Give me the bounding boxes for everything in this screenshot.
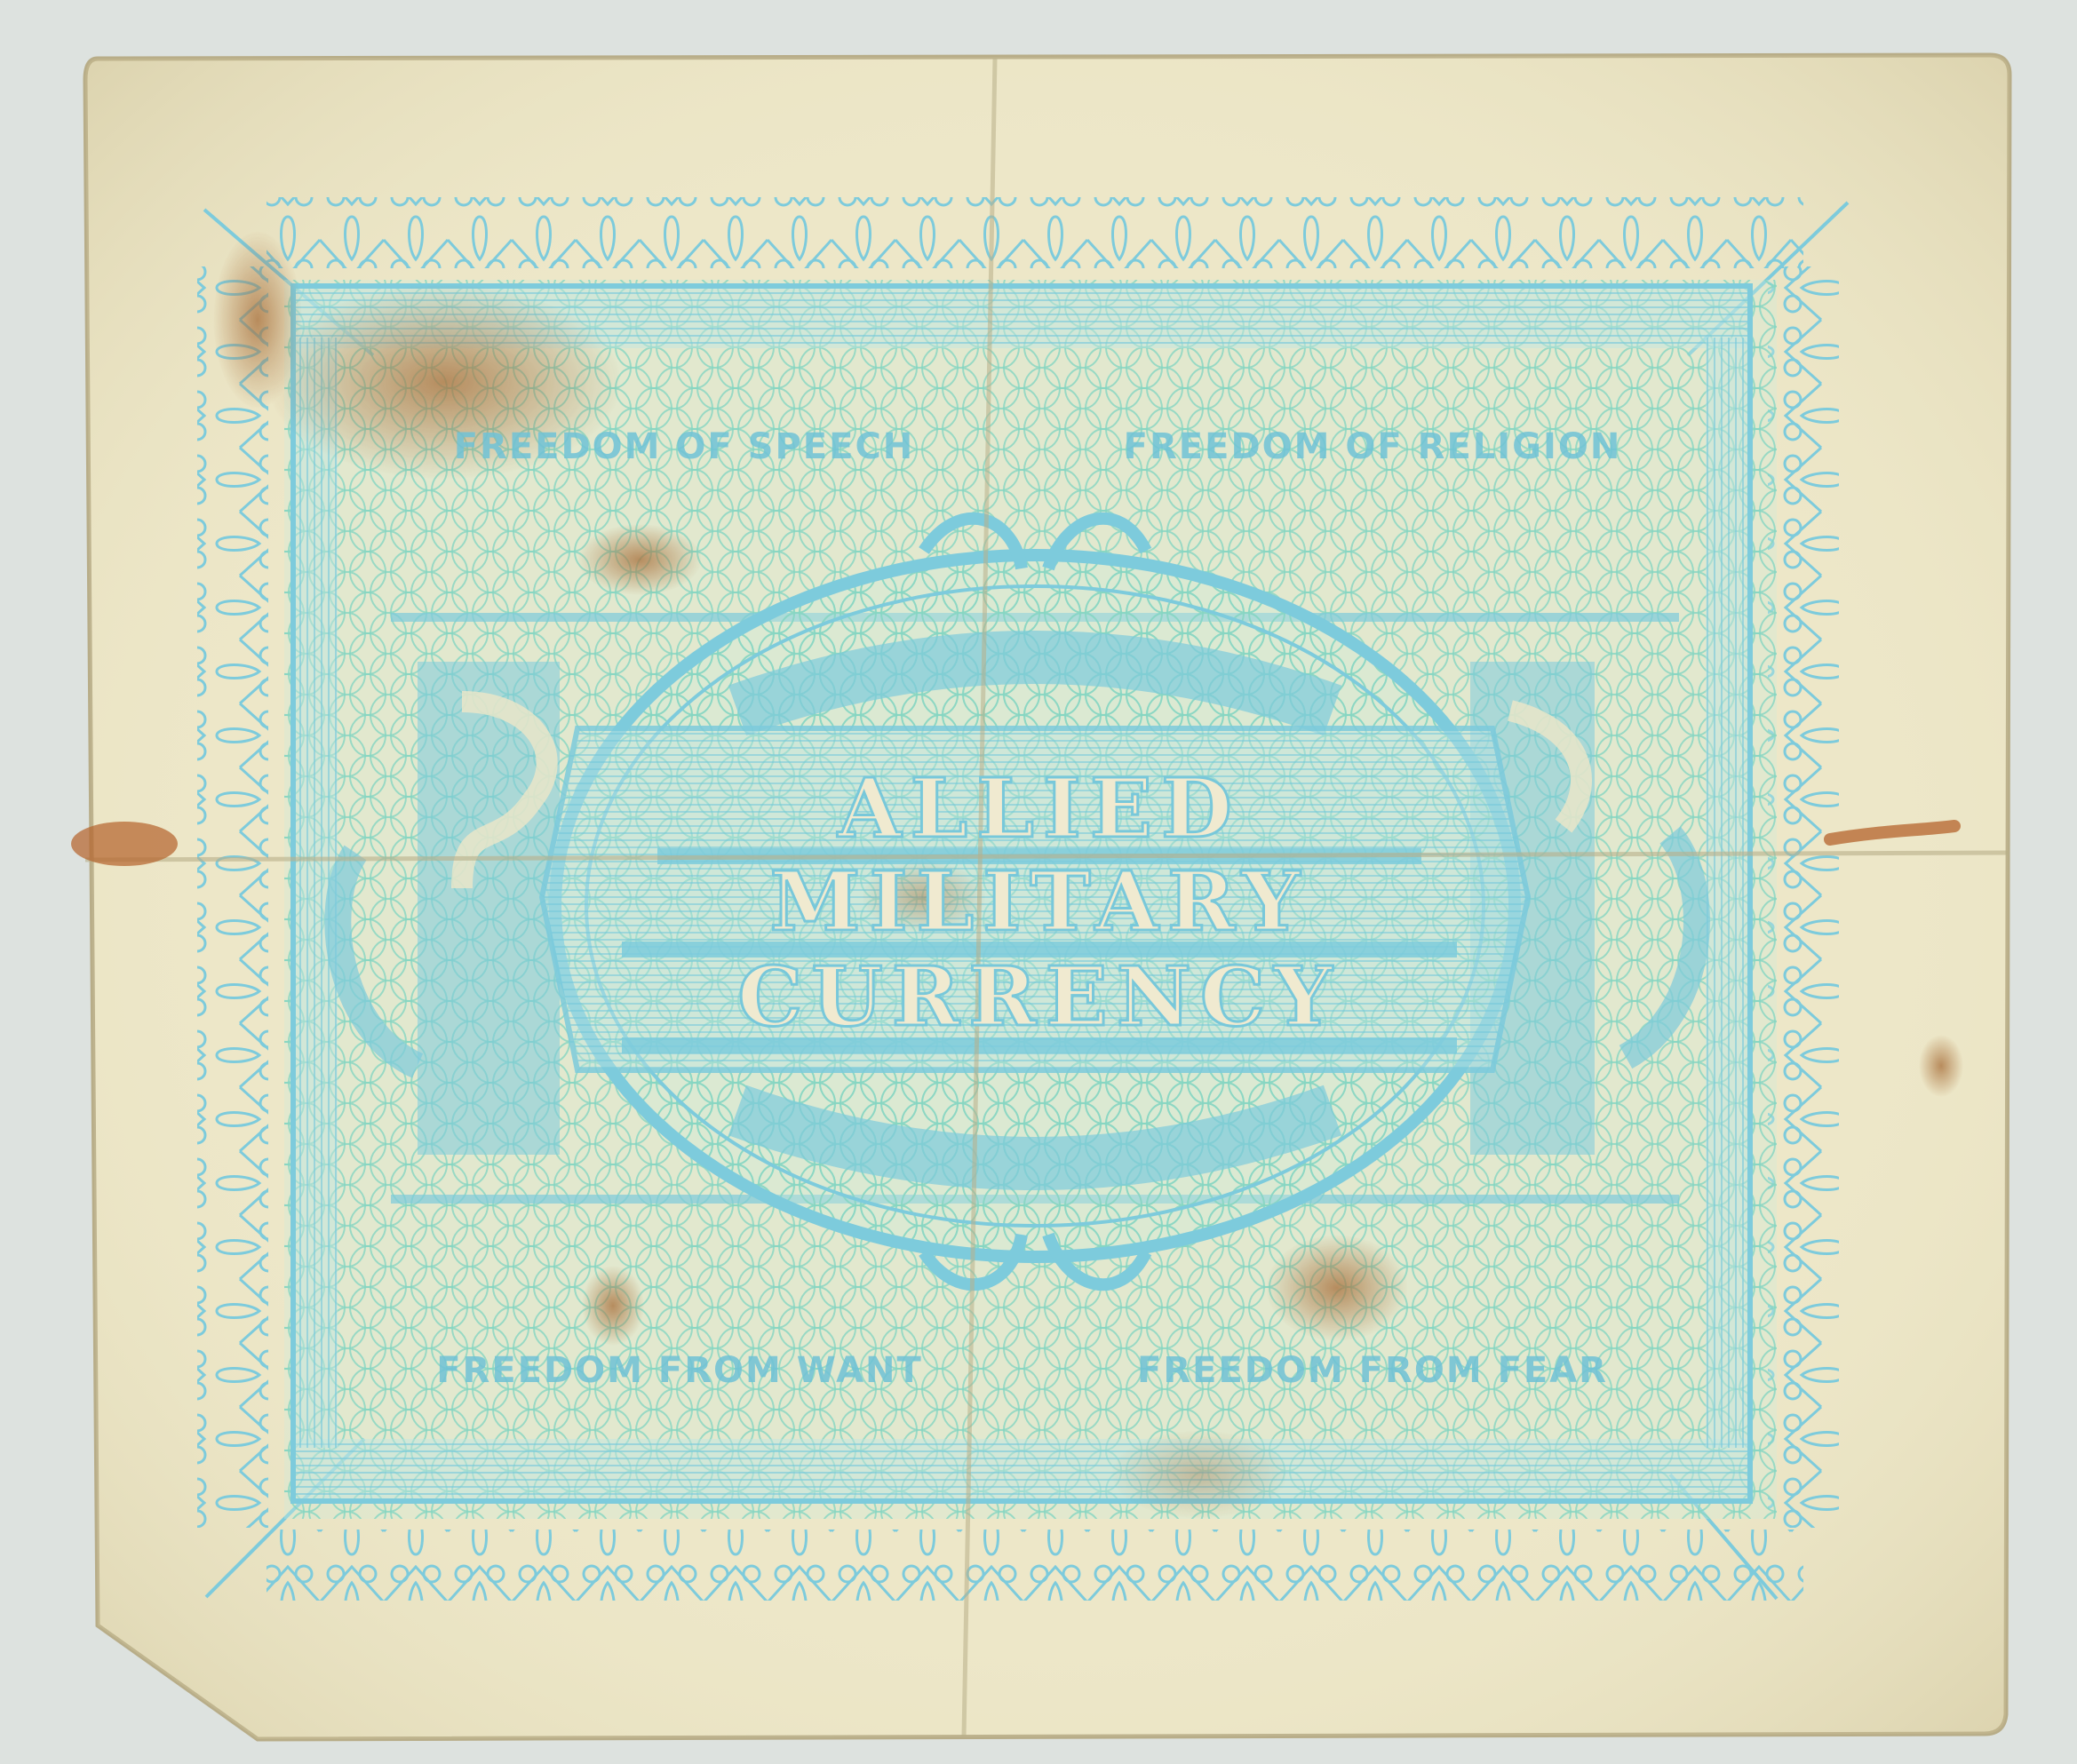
freedom-of-religion-label: FREEDOM OF RELIGION (1102, 426, 1643, 467)
freedom-of-speech-label: FREEDOM OF SPEECH (409, 426, 959, 467)
allied-text: ALLIED (657, 764, 1421, 853)
freedom-from-want-label: FREEDOM FROM WANT (404, 1350, 955, 1391)
freedom-from-fear-label: FREEDOM FROM FEAR (1106, 1350, 1639, 1391)
currency-text: CURRENCY (622, 952, 1457, 1041)
military-text: MILITARY (622, 857, 1457, 946)
banknote-photo: FREEDOM OF SPEECH FREEDOM OF RELIGION FR… (0, 0, 2077, 1764)
